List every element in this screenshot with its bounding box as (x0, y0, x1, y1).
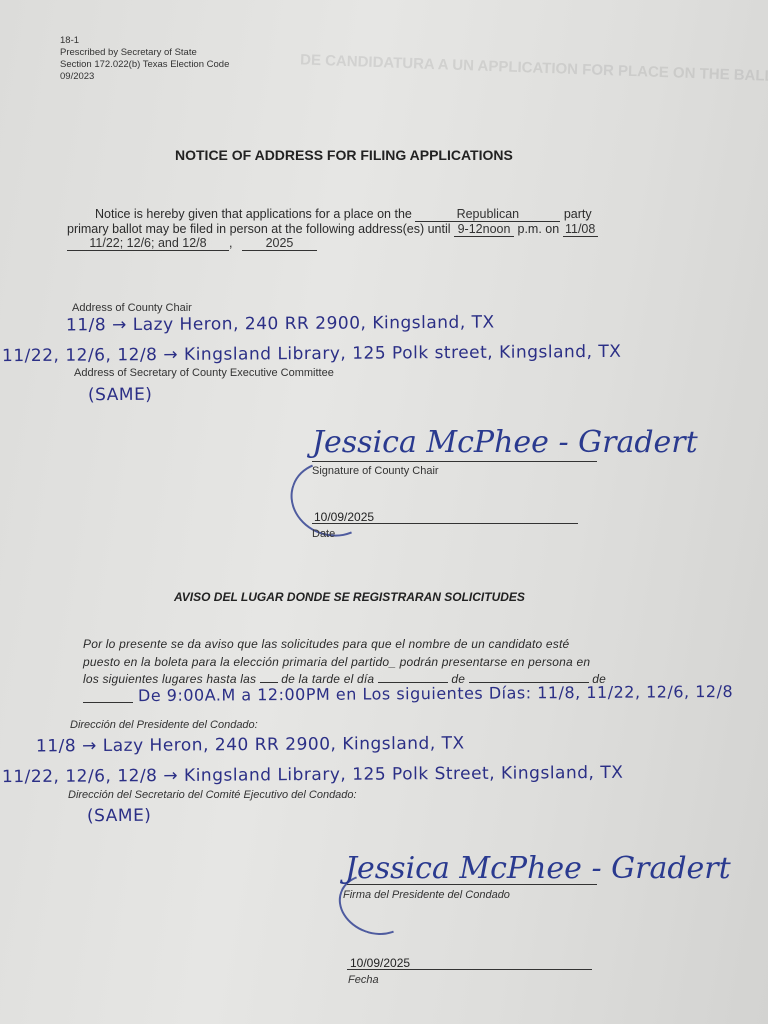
date-line (312, 523, 578, 524)
time-field[interactable]: 9-12noon (454, 222, 514, 237)
notice-line-2: primary ballot may be filed in person at… (67, 222, 598, 237)
form-number: 18-1 (60, 35, 79, 47)
date-signed[interactable]: 10/09/2025 (314, 510, 374, 524)
show-through-text: DE CANDIDATURA A UN APPLICATION FOR PLAC… (300, 51, 768, 85)
fecha-signed[interactable]: 10/09/2025 (350, 956, 410, 970)
spanish-line-2: puesto en la boleta para la elección pri… (83, 655, 590, 669)
secretario-address-label: Dirección del Secretario del Comité Ejec… (68, 789, 357, 801)
prescribed-by: Prescribed by Secretary of State (60, 47, 197, 59)
dates-field[interactable]: 11/22; 12/6; and 12/8 (67, 236, 229, 251)
page-title: NOTICE OF ADDRESS FOR FILING APPLICATION… (175, 147, 513, 163)
county-chair-address-label: Address of County Chair (72, 302, 192, 314)
spanish-line-1: Por lo presente se da aviso que las soli… (83, 637, 569, 651)
notice-line-1: Notice is hereby given that applications… (95, 207, 592, 222)
notice-line-3: 11/22; 12/6; and 12/8, 2025 (67, 236, 317, 251)
president-address-line-2[interactable]: 11/22, 12/6, 12/8 → Kingsland Library, 1… (2, 763, 623, 787)
signature-line (312, 461, 597, 462)
county-chair-address-line-1[interactable]: 11/8 → Lazy Heron, 240 RR 2900, Kingslan… (66, 313, 495, 336)
county-chair-signature: Jessica McPhee - Gradert (312, 425, 698, 460)
party-field[interactable]: Republican (415, 207, 560, 222)
secretario-address-value[interactable]: (SAME) (87, 806, 152, 826)
date-field[interactable]: 11/08 (563, 222, 598, 237)
code-section: Section 172.022(b) Texas Election Code (60, 59, 229, 71)
president-address-label: Dirección del Presidente del Condado: (70, 719, 258, 731)
secretary-address-label: Address of Secretary of County Executive… (74, 367, 334, 379)
hour-field[interactable] (260, 682, 278, 683)
secretary-address-value[interactable]: (SAME) (88, 385, 153, 405)
presidente-signature: Jessica McPhee - Gradert (345, 851, 731, 886)
form-revision: 09/2023 (60, 71, 94, 83)
county-chair-address-line-2[interactable]: 11/22, 12/6, 12/8 → Kingsland Library, 1… (2, 342, 622, 366)
day-field[interactable] (378, 682, 448, 683)
fecha-line (347, 969, 592, 970)
fill-line (83, 702, 133, 703)
president-address-line-1[interactable]: 11/8 → Lazy Heron, 240 RR 2900, Kingslan… (36, 734, 465, 757)
fecha-label: Fecha (348, 974, 379, 986)
date-label: Date (312, 528, 335, 540)
year-field[interactable]: 2025 (242, 236, 317, 251)
spanish-title: AVISO DEL LUGAR DONDE SE REGISTRARAN SOL… (174, 590, 525, 604)
handwritten-hours-and-days[interactable]: De 9:00A.M a 12:00PM en Los siguientes D… (138, 682, 733, 705)
